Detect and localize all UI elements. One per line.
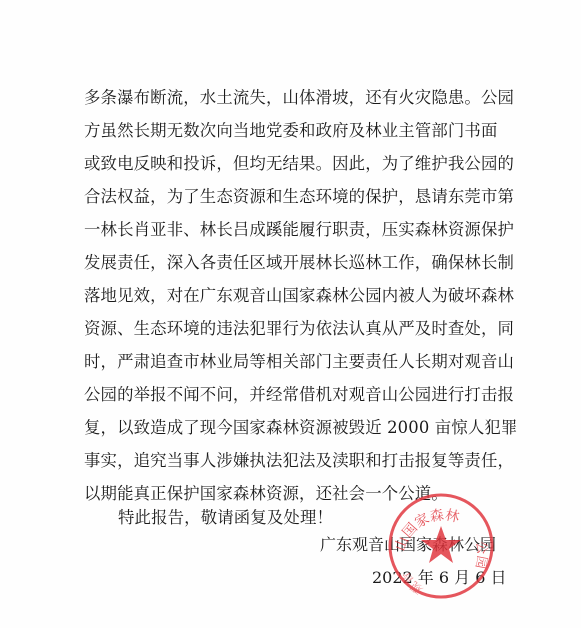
body-line: 发展责任，深入各责任区域开展林长巡林工作，确保林长制 <box>84 253 494 273</box>
body-line: 事实，追究当事人涉嫌执法犯法及渎职和打击报复等责任， <box>84 451 494 471</box>
body-line: 或致电反映和投诉，但均无结果。因此，为了维护我公园的 <box>84 154 494 174</box>
body-line: 复，以致造成了现今国家森林资源被毁近 2000 亩惊人犯罪 <box>84 418 494 438</box>
body-line: 时，严肃追查市林业局等相关部门主要责任人长期对观音山 <box>84 352 494 372</box>
stamp-right-text: 公园 <box>472 540 489 569</box>
body-line: 方虽然长期无数次向当地党委和政府及林业主管部门书面 <box>84 121 494 141</box>
body-line: 合法权益，为了生态资源和生态环境的保护，恳请东莞市第 <box>84 187 494 207</box>
body-line: 资源、生态环境的违法犯罪行为依法认真从严及时查处，同 <box>84 319 494 339</box>
body-line: 一林长肖亚非、林长吕成蹊能履行职责，压实森林资源保护 <box>84 220 494 240</box>
document-page: 多条瀑布断流，水土流失，山体滑坡，还有火灾隐患。公园 方虽然长期无数次向当地党委… <box>0 0 581 628</box>
body-line: 落地见效，对在广东观音山国家森林公园内被人为破坏森林 <box>84 286 494 306</box>
svg-text:公园: 公园 <box>472 540 489 569</box>
official-seal-stamp-icon: 山国家森林 公园 观音 <box>386 490 496 602</box>
body-line: 公园的举报不闻不问，并经常借机对观音山公园进行打击报 <box>84 385 494 405</box>
body-line: 多条瀑布断流，水土流失，山体滑坡，还有火灾隐患。公园 <box>84 88 494 108</box>
